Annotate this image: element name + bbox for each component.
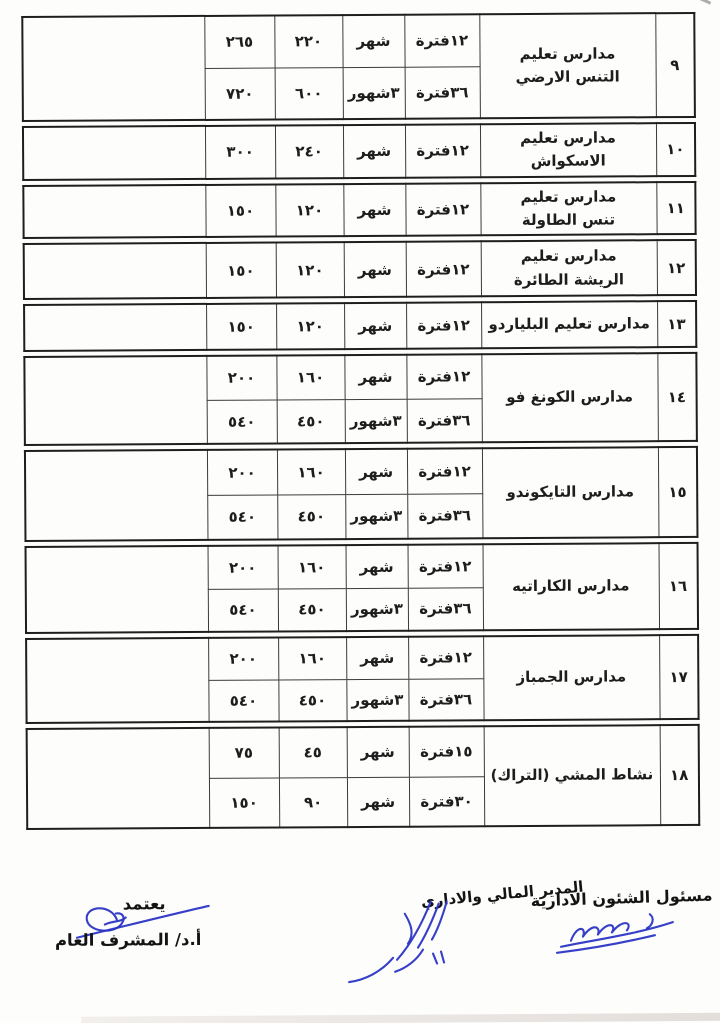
- duration-cell: ٣شهور: [345, 399, 407, 443]
- scan-bottom-edge: [81, 1013, 720, 1023]
- row-number: ١٧: [659, 635, 699, 719]
- period-cell: ٣٦فترة: [407, 398, 482, 442]
- price-cell: ٩٠: [279, 777, 347, 827]
- price-cell: ١٦٠: [276, 355, 344, 399]
- row-number: ١٤: [657, 353, 697, 441]
- price-cell: ٢٢٠: [274, 15, 342, 67]
- financial-admin-director-signature: [333, 895, 474, 991]
- period-cell: ٣٦فترة: [407, 493, 482, 538]
- empty-cell: [24, 356, 207, 445]
- activity-name: مدارس الكونغ فو: [481, 353, 658, 442]
- price-cell: ٢٠٠: [207, 450, 277, 495]
- duration-cell: شهر: [344, 303, 406, 349]
- duration-cell: شهر: [347, 727, 409, 777]
- duration-cell: شهر: [344, 242, 406, 297]
- price-cell: ١٢٠: [275, 184, 343, 237]
- price-cell: ١٦٠: [278, 545, 346, 588]
- price-cell: ١٥٠: [206, 243, 276, 298]
- period-cell: ١٢فترة: [405, 183, 480, 236]
- period-cell: ١٢فترة: [405, 124, 480, 177]
- activity-row-group: ١٠ مدارس تعليم الاسكواش ١٢فترة شهر ٢٤٠ ٣…: [22, 122, 696, 181]
- price-cell: ٥٤٠: [208, 680, 278, 722]
- price-cell: ٢٠٠: [208, 546, 278, 589]
- empty-cell: [22, 16, 205, 121]
- duration-cell: ٣شهور: [346, 588, 408, 631]
- period-cell: ١٢فترة: [407, 448, 482, 493]
- activity-row-group: ١٥ مدارس التايكوندو ١٢فترة شهر ١٦٠ ٢٠٠ ٣…: [24, 446, 699, 542]
- price-cell: ١٦٠: [278, 637, 346, 679]
- empty-cell: [27, 728, 210, 829]
- activity-row-group: ١٦ مدارس الكاراتيه ١٢فترة شهر ١٦٠ ٢٠٠ ٣٦…: [25, 542, 700, 634]
- price-cell: ٥٤٠: [208, 589, 278, 632]
- activity-row-group: ١٧ مدارس الجمباز ١٢فترة شهر ١٦٠ ٢٠٠ ٣٦فت…: [25, 634, 700, 724]
- row-number: ٩: [655, 13, 695, 117]
- admin-affairs-officer-signature: [551, 906, 683, 959]
- period-cell: ٣٦فترة: [408, 678, 483, 720]
- activity-name: مدارس الجمباز: [483, 635, 660, 720]
- empty-cell: [26, 546, 209, 633]
- activity-row-group: ٩ مدارس تعليم التنس الارضي ١٢فترة شهر ٢٢…: [21, 12, 696, 122]
- activity-name: نشاط المشي (التراك): [484, 725, 661, 826]
- price-cell: ٤٥٠: [278, 588, 346, 631]
- period-cell: ١٢فترة: [408, 544, 483, 587]
- empty-cell: [23, 184, 205, 238]
- price-cell: ٧٢٠: [205, 68, 275, 120]
- period-cell: ١٢فترة: [406, 241, 481, 296]
- period-cell: ١٢فترة: [406, 354, 481, 398]
- row-number: ١٢: [657, 240, 696, 295]
- duration-cell: ٣شهور: [343, 67, 405, 119]
- activity-row-group: ١٤ مدارس الكونغ فو ١٢فترة شهر ١٦٠ ٢٠٠ ٣٦…: [23, 352, 698, 446]
- empty-cell: [24, 304, 206, 351]
- duration-cell: شهر: [347, 777, 409, 827]
- period-cell: ١٢فترة: [408, 636, 483, 678]
- price-cell: ٢٤٠: [275, 125, 343, 178]
- price-cell: ١٥٠: [206, 304, 276, 350]
- price-cell: ٦٠٠: [275, 67, 343, 119]
- empty-cell: [24, 243, 206, 299]
- duration-cell: شهر: [346, 637, 408, 679]
- price-cell: ٥٤٠: [207, 495, 277, 540]
- period-cell: ١٢فترة: [406, 302, 481, 348]
- activity-name: مدارس تعليم التنس الارضي: [479, 13, 656, 118]
- row-number: ١٥: [658, 447, 698, 537]
- duration-cell: شهر: [343, 183, 405, 236]
- price-cell: ٥٤٠: [207, 400, 277, 444]
- period-cell: ١٢فترة: [404, 14, 479, 66]
- activity-name: مدارس الكاراتيه: [483, 543, 660, 630]
- duration-cell: شهر: [346, 545, 408, 588]
- price-cell: ٣٠٠: [205, 126, 275, 179]
- price-cell: ٤٥٠: [278, 679, 346, 721]
- activity-name: مدارس تعليم الريشة الطائرة: [481, 240, 657, 296]
- duration-cell: شهر: [342, 15, 404, 67]
- price-cell: ٧٥: [209, 728, 279, 778]
- activity-row-group: ١٣ مدارس تعليم البلياردو ١٢فترة شهر ١٢٠ …: [23, 300, 697, 352]
- row-number: ١٣: [657, 301, 696, 347]
- price-cell: ١٦٠: [277, 449, 345, 494]
- duration-cell: شهر: [345, 449, 407, 494]
- activity-row-group: ١١ مدارس تعليم تنس الطاولة ١٢فترة شهر ١٢…: [22, 180, 696, 239]
- activity-name: مدارس التايكوندو: [482, 447, 659, 538]
- row-number: ١٠: [656, 123, 695, 176]
- scanned-document-sheet: ٩ مدارس تعليم التنس الارضي ١٢فترة شهر ٢٢…: [0, 0, 720, 1023]
- price-cell: ٢٦٥: [204, 16, 274, 68]
- period-cell: ٣٦فترة: [405, 66, 480, 118]
- row-number: ١١: [656, 181, 695, 234]
- scan-corner-artifact: [697, 0, 711, 5]
- duration-cell: شهر: [343, 125, 405, 178]
- activity-name: مدارس تعليم البلياردو: [481, 301, 657, 348]
- empty-cell: [23, 126, 205, 180]
- price-cell: ١٢٠: [276, 303, 344, 349]
- activity-row-group: ١٨ نشاط المشي (التراك) ١٥فترة شهر ٤٥ ٧٥ …: [26, 724, 701, 830]
- period-cell: ٣٠فترة: [409, 776, 484, 826]
- price-cell: ٤٥٠: [277, 399, 345, 443]
- price-cell: ٢٠٠: [208, 638, 278, 680]
- duration-cell: ٣شهور: [345, 494, 407, 539]
- row-number: ١٨: [660, 725, 700, 825]
- row-number: ١٦: [659, 543, 699, 629]
- price-cell: ١٢٠: [276, 242, 344, 297]
- duration-cell: ٣شهور: [346, 679, 408, 721]
- activity-name: مدارس تعليم تنس الطاولة: [480, 182, 656, 236]
- price-cell: ١٥٠: [209, 778, 279, 828]
- activity-name: مدارس تعليم الاسكواش: [480, 123, 656, 177]
- period-cell: ١٥فترة: [409, 726, 484, 776]
- empty-cell: [25, 450, 208, 541]
- price-cell: ٤٥٠: [277, 494, 345, 539]
- activity-row-group: ١٢ مدارس تعليم الريشة الطائرة ١٢فترة شهر…: [23, 239, 697, 300]
- empty-cell: [26, 638, 209, 723]
- general-supervisor-label: أ.د/ المشرف العام: [55, 930, 202, 950]
- price-cell: ١٥٠: [205, 184, 275, 237]
- duration-cell: شهر: [344, 355, 406, 399]
- price-cell: ٤٥: [279, 727, 347, 777]
- price-cell: ٢٠٠: [206, 356, 276, 400]
- fees-table: ٩ مدارس تعليم التنس الارضي ١٢فترة شهر ٢٢…: [21, 12, 700, 834]
- period-cell: ٣٦فترة: [408, 587, 483, 630]
